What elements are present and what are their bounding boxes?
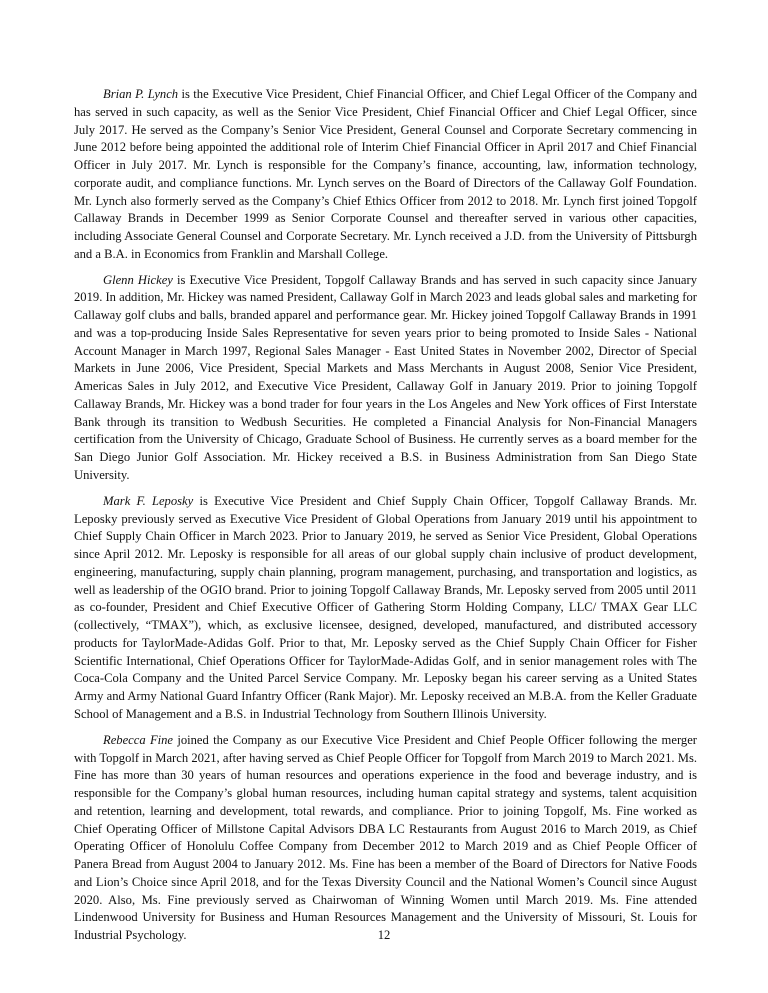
page-number: 12 [0,928,768,943]
executive-name: Brian P. Lynch [103,87,178,101]
executive-name: Glenn Hickey [103,273,173,287]
bio-text: is Executive Vice President, Topgolf Cal… [74,273,697,482]
executive-name: Rebecca Fine [103,733,173,747]
bio-text: joined the Company as our Executive Vice… [74,733,697,942]
document-body: Brian P. Lynch is the Executive Vice Pre… [74,86,697,953]
bio-text: is the Executive Vice President, Chief F… [74,87,697,261]
executive-name: Mark F. Leposky [103,494,193,508]
bio-paragraph-hickey: Glenn Hickey is Executive Vice President… [74,272,697,485]
bio-paragraph-leposky: Mark F. Leposky is Executive Vice Presid… [74,493,697,724]
bio-paragraph-lynch: Brian P. Lynch is the Executive Vice Pre… [74,86,697,264]
bio-text: is Executive Vice President and Chief Su… [74,494,697,721]
bio-paragraph-fine: Rebecca Fine joined the Company as our E… [74,732,697,945]
